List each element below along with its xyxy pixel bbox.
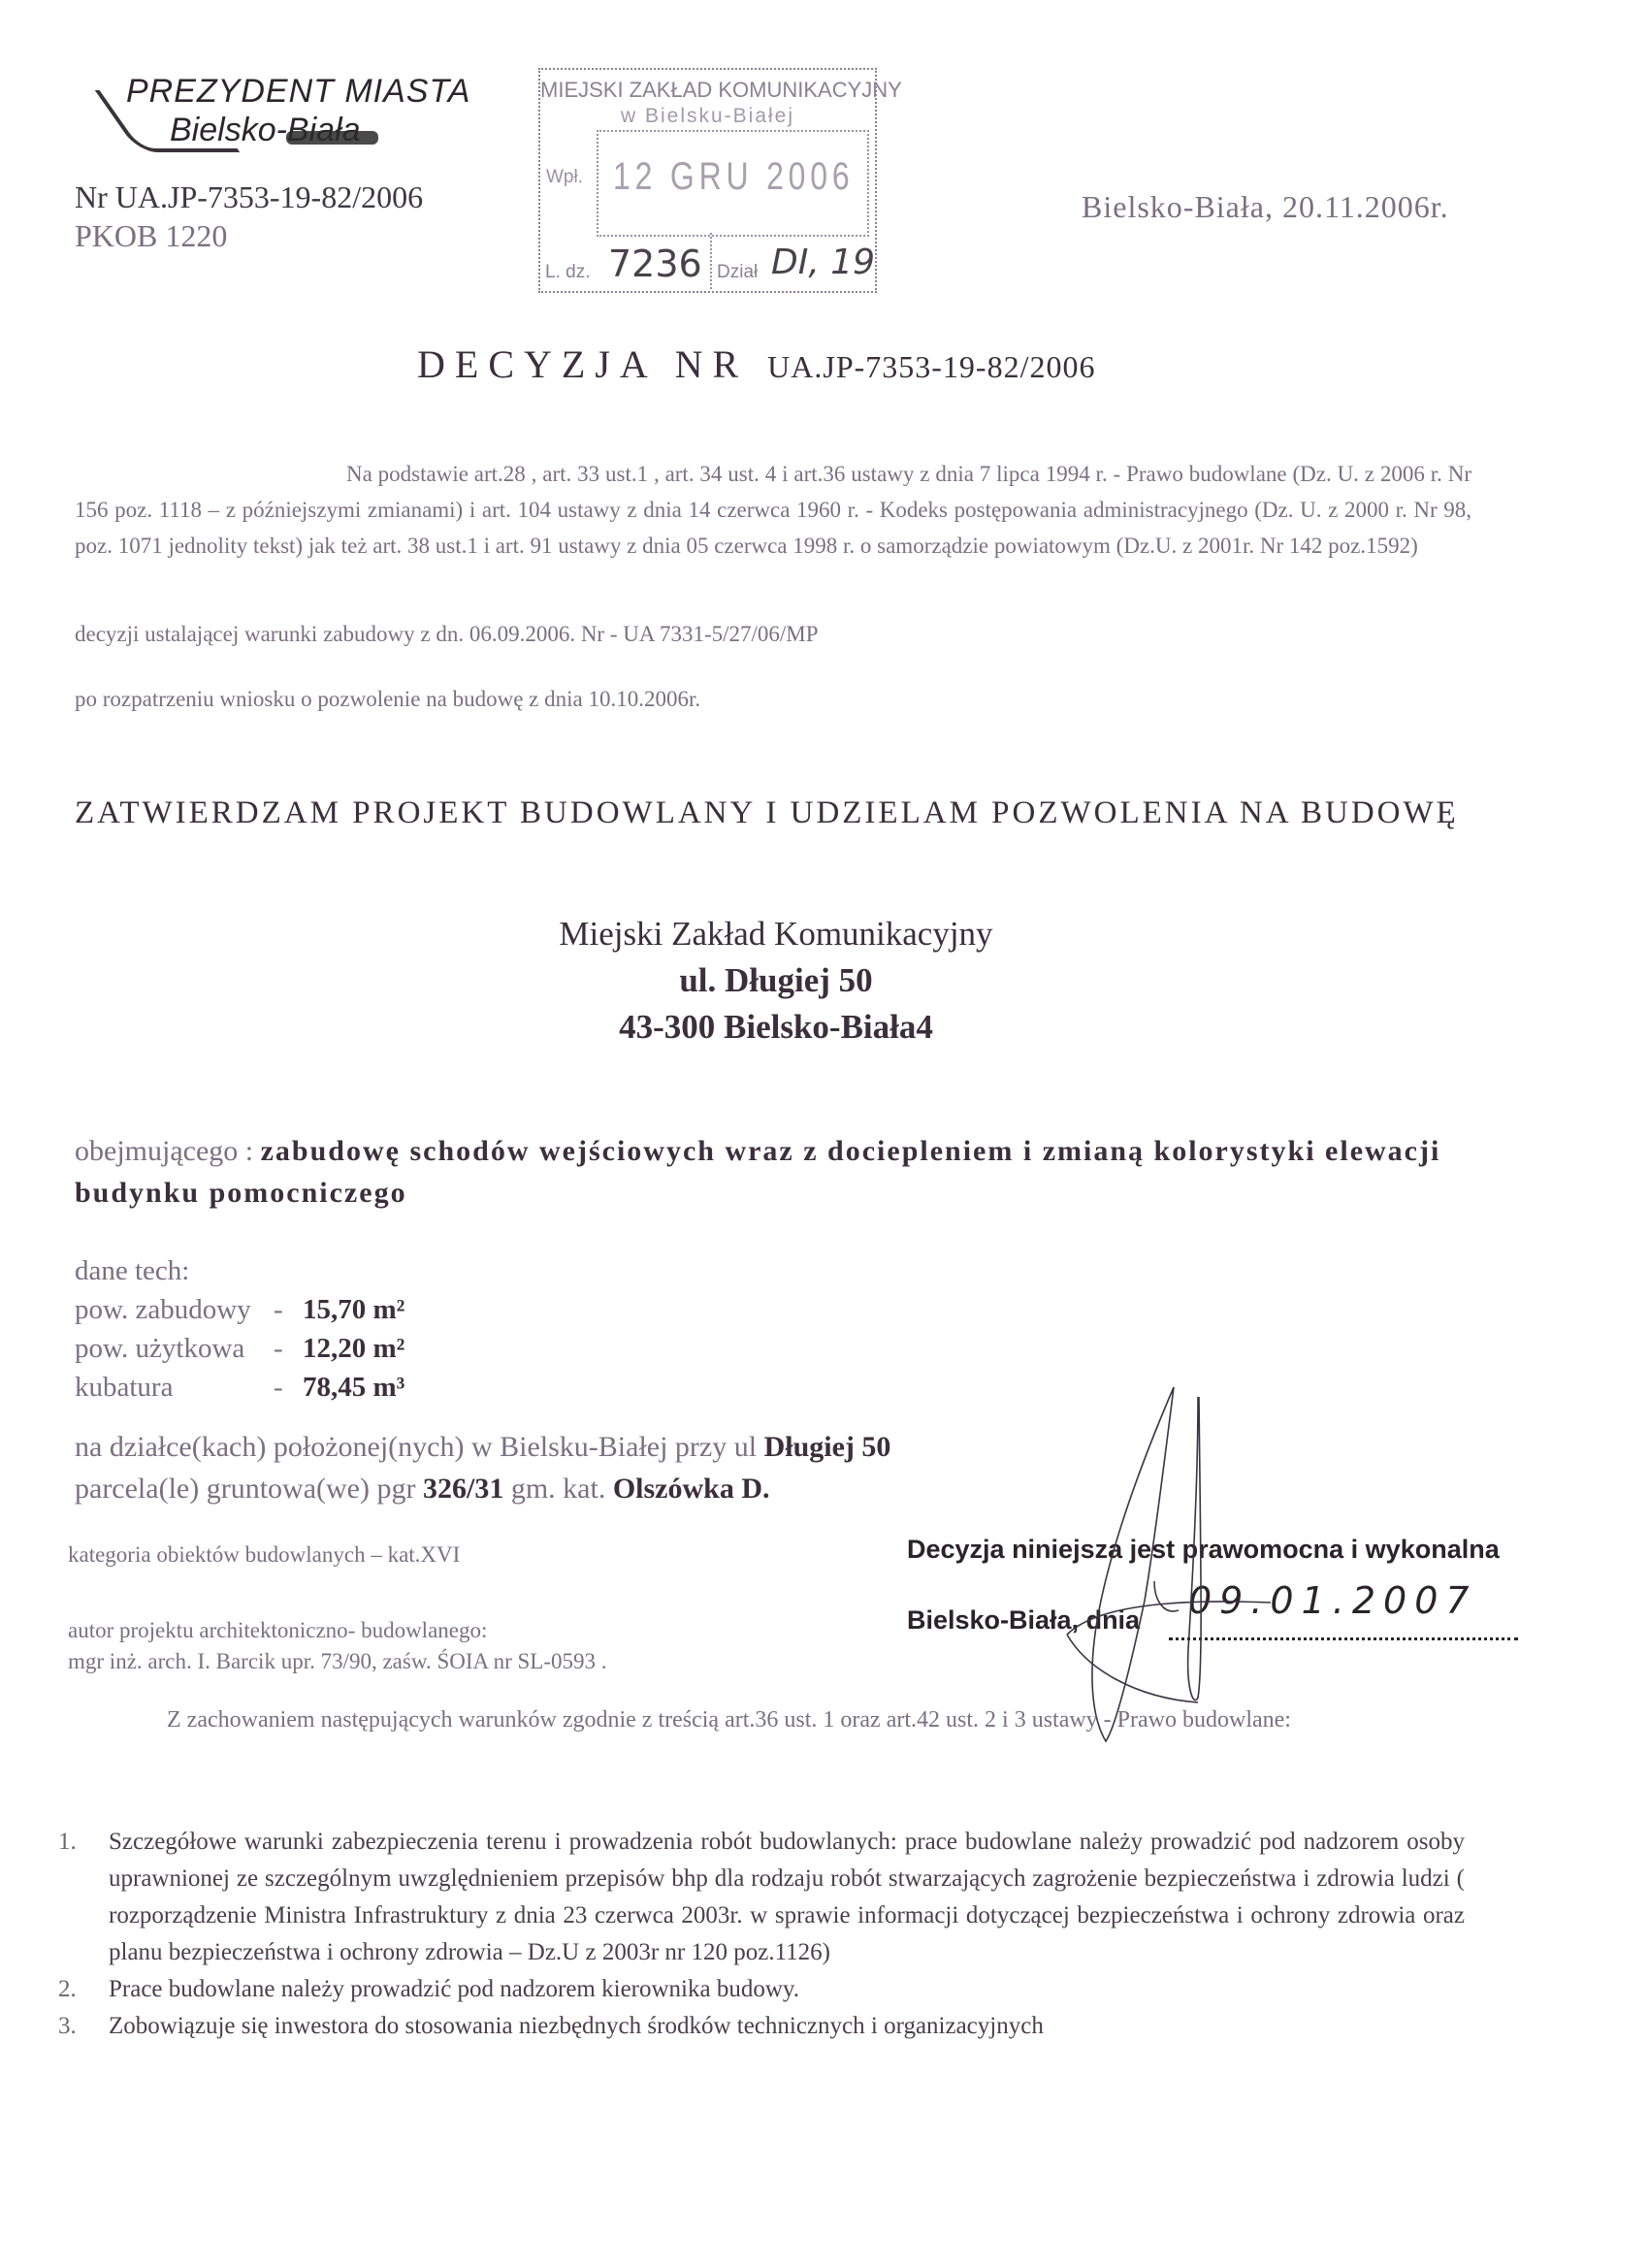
tech-value: 15,70 m² [303, 1290, 404, 1329]
received-label: Wpł. [546, 167, 583, 188]
plot-location: na działce(kach) położonej(nych) w Biels… [75, 1426, 890, 1509]
table-row: pow. użytkowa - 12,20 m² [75, 1329, 404, 1368]
technical-data-heading: dane tech: [75, 1251, 404, 1290]
approval-statement: ZATWIERDZAM PROJEKT BUDOWLANY I UDZIELAM… [75, 795, 1459, 831]
tech-label: kubatura [75, 1368, 274, 1407]
author-label: autor projektu architektoniczno- budowla… [68, 1618, 487, 1643]
conditions-list: 1. Szczegółowe warunki zabezpieczenia te… [58, 1824, 1465, 2045]
zoning-decision-line: decyzji ustalającej warunki zabudowy z d… [75, 616, 1471, 652]
tech-value: 78,45 m³ [303, 1368, 404, 1407]
tech-label: pow. zabudowy [75, 1290, 274, 1329]
registry-stamp-title: MIEJSKI ZAKŁAD KOMUNIKACYJNY [540, 78, 875, 103]
list-item: 1. Szczegółowe warunki zabezpieczenia te… [58, 1824, 1465, 1971]
project-scope: obejmującego : zabudowę schodów wejściow… [75, 1130, 1481, 1214]
investor-name: Miejski Zakład Komunikacyjny [0, 912, 1552, 956]
signature-icon [1009, 1377, 1300, 1746]
technical-data-table: pow. zabudowy - 15,70 m² pow. użytkowa -… [75, 1290, 404, 1407]
investor-city: 43-300 Bielsko-Biała4 [0, 1005, 1552, 1050]
legal-basis-text: Na podstawie art.28 , art. 33 ust.1 , ar… [75, 462, 1471, 558]
dzial-label: Dział [717, 262, 758, 283]
list-item: 3. Zobowiązuje się inwestora do stosowan… [58, 2008, 1465, 2045]
plot-street: Długiej 50 [764, 1431, 891, 1463]
zoning-decision-text: decyzji ustalającej warunki zabudowy z d… [75, 622, 819, 646]
stamp-ink-blot [286, 131, 378, 145]
decision-number: UA.JP-7353-19-82/2006 [767, 349, 1095, 384]
list-item: 2. Prace budowlane należy prowadzić pod … [58, 1971, 1465, 2008]
plot-line-1: na działce(kach) położonej(nych) w Biels… [75, 1426, 890, 1468]
table-row: pow. zabudowy - 15,70 m² [75, 1290, 404, 1329]
reference-number: Nr UA.JP-7353-19-82/2006 [75, 179, 423, 215]
application-line: po rozpatrzeniu wniosku o pozwolenie na … [75, 681, 1471, 717]
pkob-code: PKOB 1220 [75, 218, 227, 254]
registry-stamp: MIEJSKI ZAKŁAD KOMUNIKACYJNY w Bielsku-B… [538, 68, 877, 293]
registry-stamp-subtitle: w Bielsku-Białej [540, 105, 875, 128]
table-row: kubatura - 78,45 m³ [75, 1368, 404, 1407]
dzial-value: DI, 19 [771, 243, 875, 282]
ldz-label: L. dz. [545, 262, 590, 283]
application-text: po rozpatrzeniu wniosku o pozwolenie na … [75, 687, 700, 711]
scope-label: obejmującego : [75, 1135, 261, 1167]
scope-description: zabudowę schodów wejściowych wraz z doci… [75, 1135, 1440, 1209]
received-date: 12 GRU 2006 [613, 155, 854, 199]
place-and-date: Bielsko-Biała, 20.11.2006r. [1082, 189, 1449, 225]
technical-data: dane tech: pow. zabudowy - 15,70 m² pow.… [75, 1251, 404, 1407]
parcel-number: 326/31 [423, 1473, 503, 1505]
investor-street: ul. Długiej 50 [0, 958, 1552, 1003]
issuer-stamp: PREZYDENT MIASTA Bielsko-Biała [112, 73, 403, 150]
plot-line-2: parcela(le) gruntowa(we) pgr 326/31 gm. … [75, 1468, 890, 1509]
decision-title: DECYZJA NR UA.JP-7353-19-82/2006 [417, 341, 1095, 387]
issuer-stamp-line1: PREZYDENT MIASTA [126, 73, 470, 111]
cadastral-area: Olszówka D. [613, 1473, 770, 1505]
building-category: kategoria obiektów budowlanych – kat.XVI [68, 1542, 460, 1568]
author-details: mgr inż. arch. I. Barcik upr. 73/90, zaś… [68, 1649, 607, 1674]
ldz-value: 7236 [608, 243, 702, 285]
decision-title-label: DECYZJA NR [417, 342, 748, 386]
tech-value: 12,20 m² [303, 1329, 404, 1368]
conditions-intro-text: Z zachowaniem następujących warunków zgo… [167, 1707, 1291, 1733]
conditions-intro: Z zachowaniem następujących warunków zgo… [75, 1700, 1471, 1740]
tech-label: pow. użytkowa [75, 1329, 274, 1368]
stamp-divider [710, 233, 712, 289]
legal-basis-paragraph: Na podstawie art.28 , art. 33 ust.1 , ar… [75, 456, 1471, 564]
